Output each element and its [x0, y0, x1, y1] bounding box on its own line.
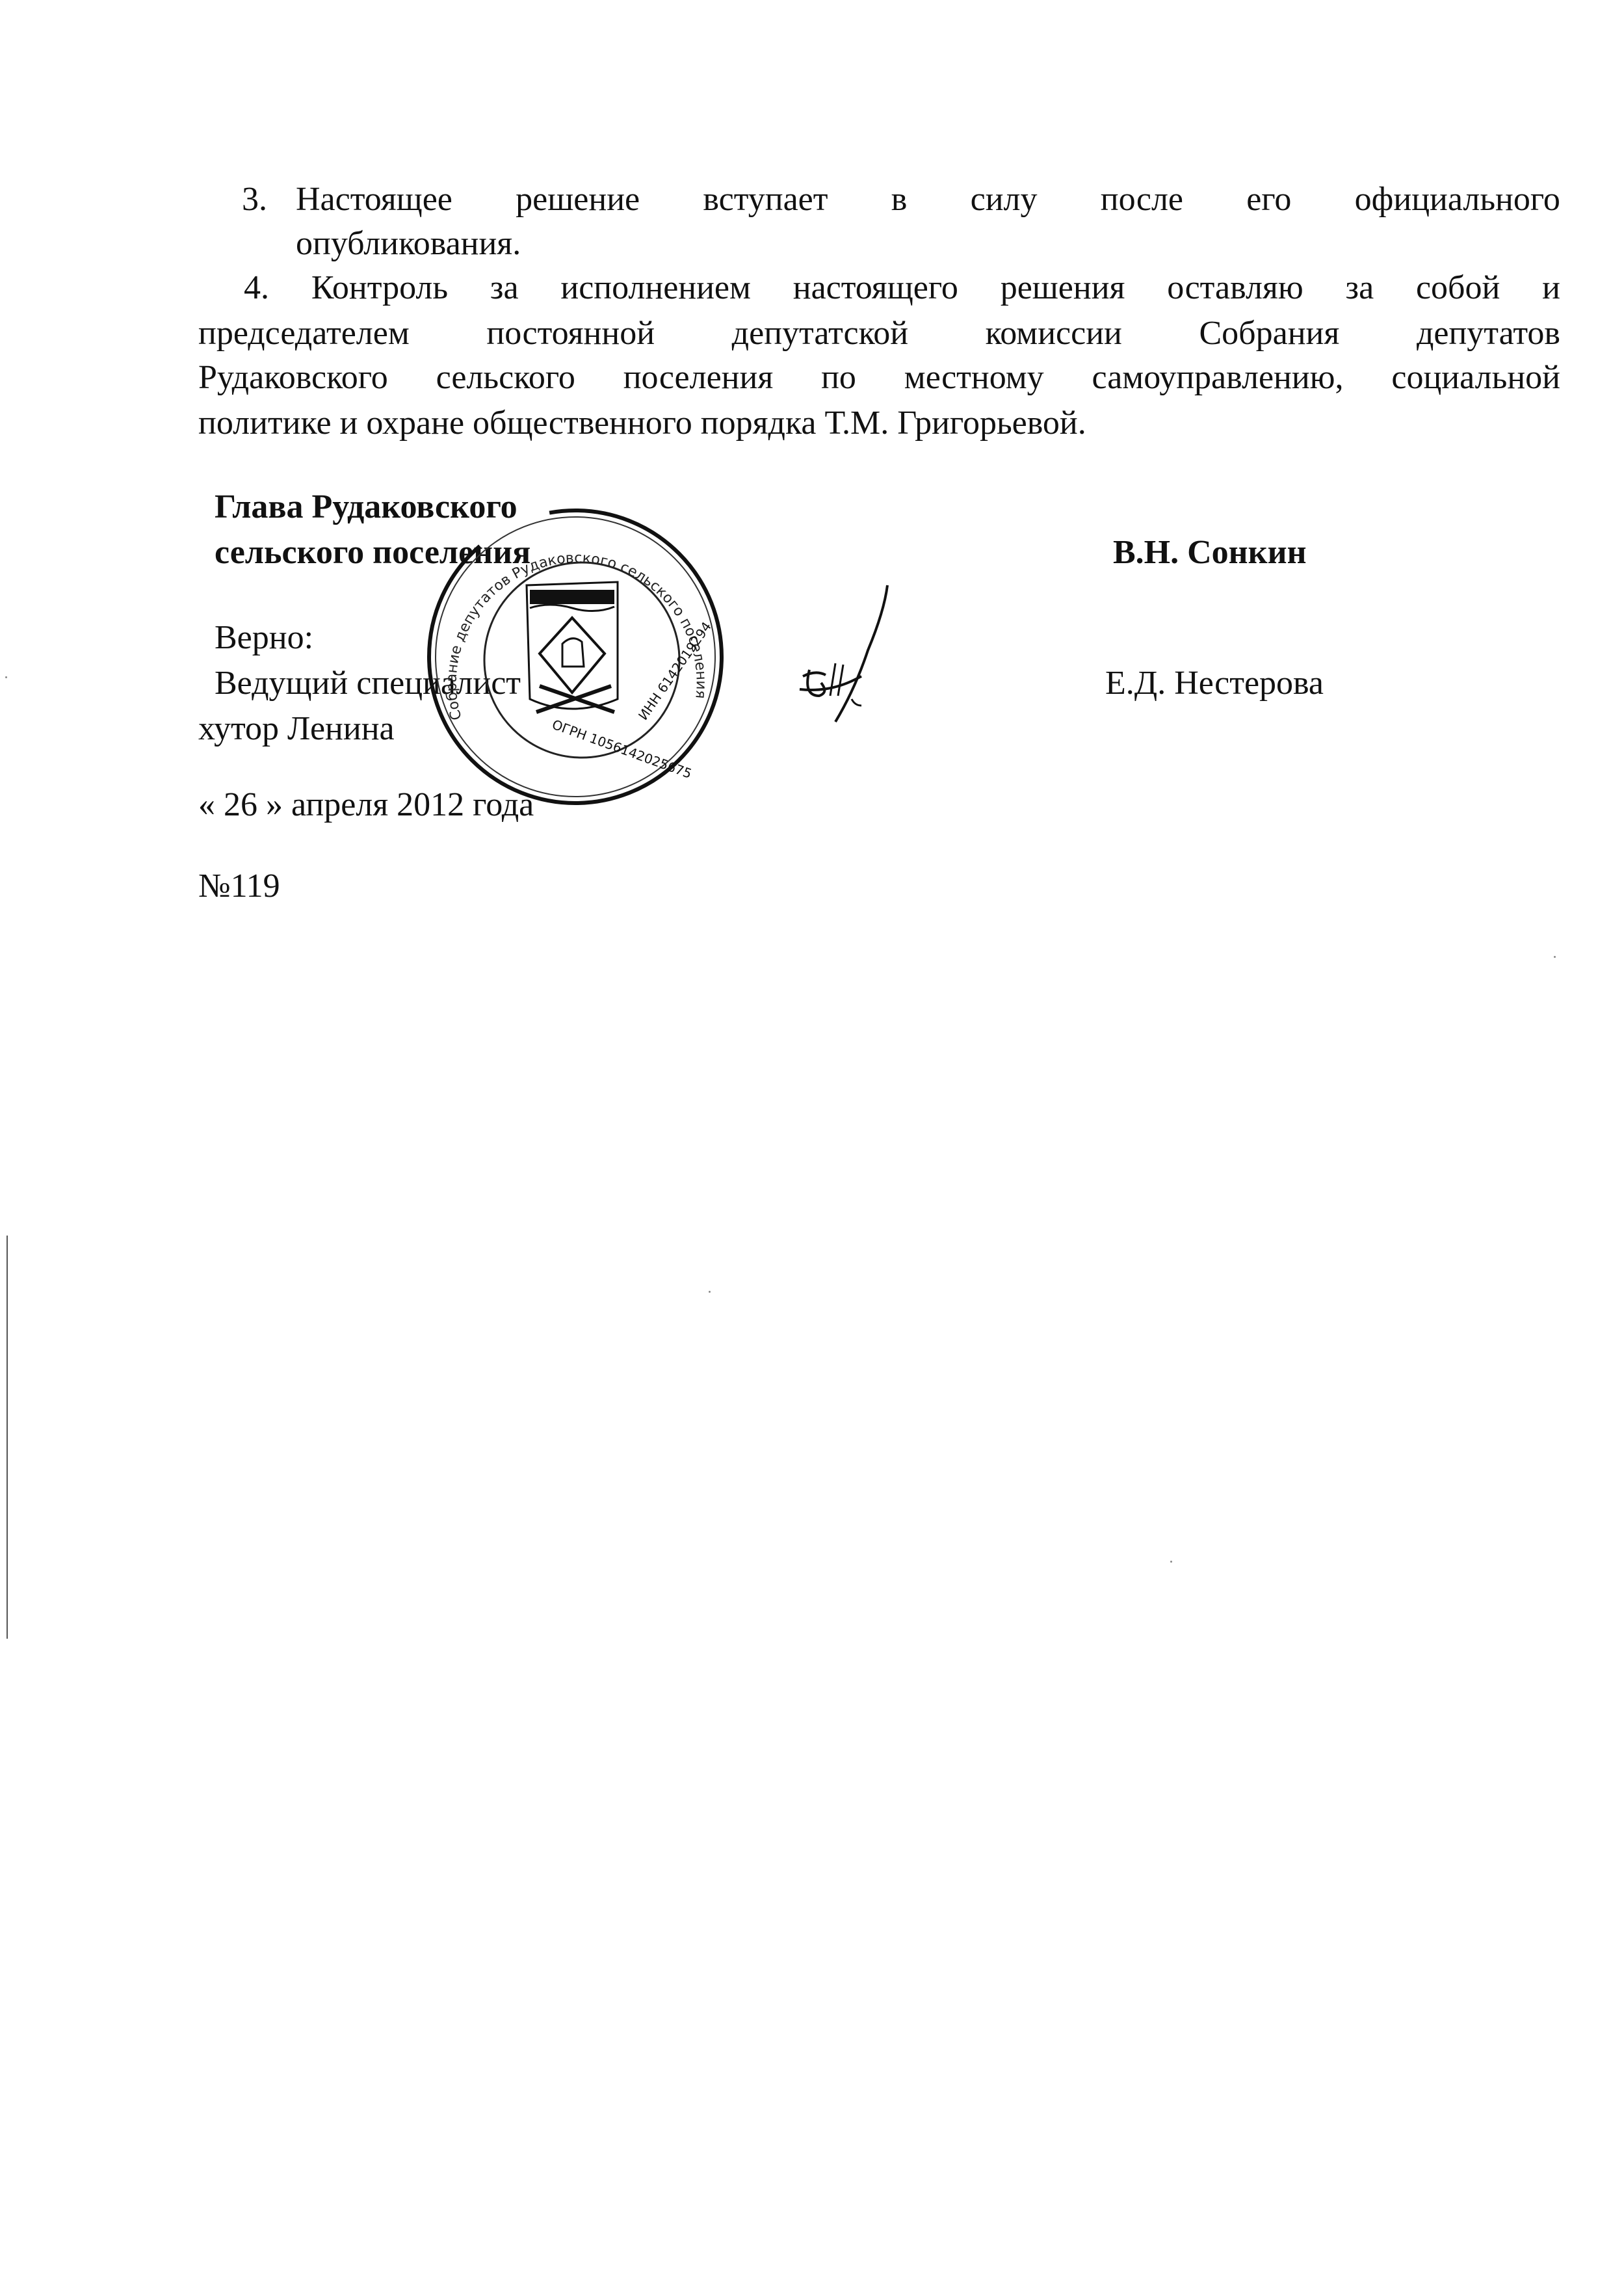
word: его: [1246, 177, 1291, 222]
scan-speck: [1554, 956, 1556, 958]
word: силу: [971, 177, 1038, 222]
word: вступает: [703, 177, 828, 222]
specialist-name: Е.Д. Нестерова: [1105, 661, 1324, 706]
scan-speck: [709, 1291, 711, 1293]
word: Настоящее: [296, 177, 452, 222]
paragraph-4-line-3: Рудаковского сельского поселения по мест…: [198, 355, 1560, 401]
official-seal-icon: Собрание депутатов Рудаковского сельског…: [423, 504, 728, 810]
place: хутор Ленина: [198, 706, 395, 752]
word: после: [1101, 177, 1183, 222]
word: в: [891, 177, 908, 222]
handwritten-signature-icon: [790, 572, 946, 728]
certified-label: Верно:: [215, 615, 313, 661]
stamp-ogrn: ОГРН 1056142025675: [550, 717, 694, 782]
paragraph-4-line-1: 4. Контроль за исполнением настоящего ре…: [244, 265, 1560, 311]
scan-speck: [1170, 1561, 1172, 1563]
paragraph-3-line-1: Настоящее решение вступает в силу после …: [296, 177, 1560, 222]
paragraph-3-line-2: опубликования.: [296, 221, 521, 267]
scan-speck: [5, 676, 7, 678]
head-name: В.Н. Сонкин: [1113, 530, 1307, 576]
word: официального: [1355, 177, 1560, 222]
document-number: №119: [198, 864, 280, 909]
paragraph-4-line-2: председателем постоянной депутатской ком…: [198, 311, 1560, 356]
scan-edge-line: [7, 1236, 8, 1639]
paragraph-4-line-4: политике и охране общественного порядка …: [198, 401, 1086, 446]
paragraph-3-number: 3.: [242, 177, 267, 222]
word: решение: [516, 177, 640, 222]
